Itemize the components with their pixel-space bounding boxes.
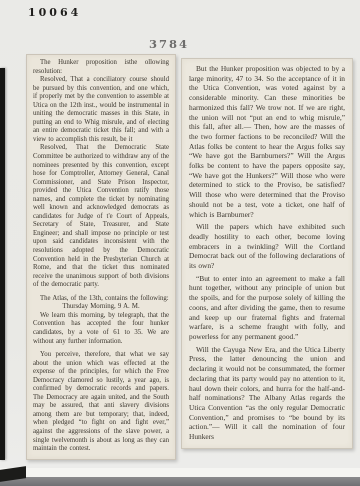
catalog-number-stamp: 10064	[28, 6, 81, 19]
left-paragraph-dateline: Thursday Morning, 9 A. M.	[33, 303, 169, 312]
right-paragraph-objection: But the Hunker proposition was objected …	[189, 64, 345, 219]
scan-margin-strip	[0, 468, 360, 477]
right-newspaper-clipping: But the Hunker proposition was objected …	[181, 58, 353, 449]
right-paragraph-quote: “But to enter into an agreement to make …	[189, 274, 345, 342]
scanned-document-page: 10064 3784 The Hunker proposition isthe …	[0, 0, 360, 486]
page-number-stamp: 3784	[149, 37, 189, 51]
left-newspaper-clipping: The Hunker proposition isthe ollowing re…	[26, 54, 176, 460]
left-paragraph-resolved-2: Resolved, That the Democratic State Comm…	[33, 144, 169, 289]
left-paragraph-atlas: The Atlas, of the 13th, contains the fol…	[33, 295, 169, 304]
left-paragraph-telegraph: We learn this morning, by telegraph, tha…	[33, 312, 169, 346]
right-paragraph-hostility: Will the papers which have exhibited suc…	[189, 222, 345, 271]
left-paragraph-resolved-1: Resolved, That a conciliatory course sho…	[33, 76, 169, 144]
left-paragraph-intro: The Hunker proposition isthe ollowing re…	[33, 59, 169, 76]
scan-edge-bottom	[0, 477, 360, 486]
left-paragraph-union: You perceive, therefore, that what we sa…	[33, 351, 169, 454]
scan-edge-left	[0, 68, 5, 460]
right-paragraph-cayuga: Will the Cayuga New Era, and the Utica L…	[189, 345, 345, 442]
